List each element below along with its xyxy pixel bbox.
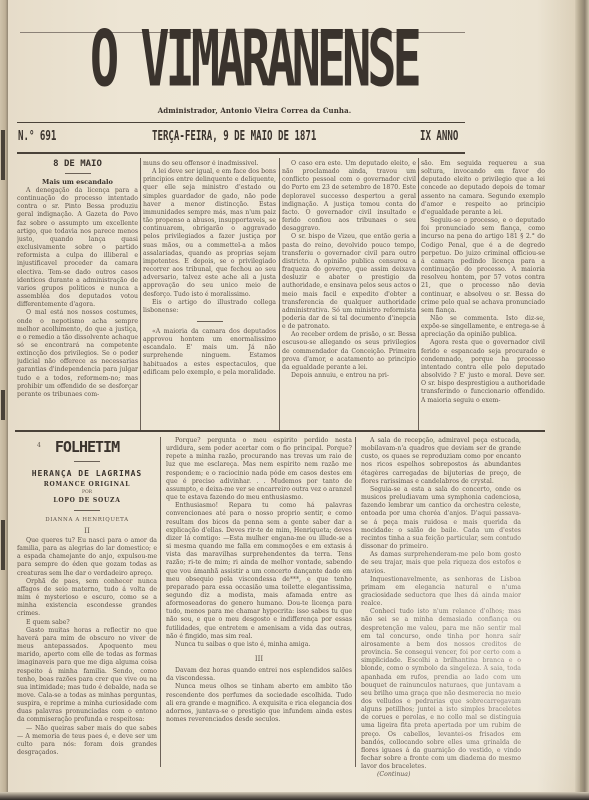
paragraph: E quem sabe? xyxy=(17,619,157,627)
paragraph: Enthusiasmo! Repara tu como há palavras … xyxy=(166,502,352,641)
divider xyxy=(197,321,223,322)
paragraph: A sala de recepção, admiravel peça estuc… xyxy=(361,437,521,486)
continued-note: (Continua) xyxy=(361,771,521,779)
article-column-2: muns do seu offensor é inadmissivel. A l… xyxy=(143,160,276,430)
paragraph: Nunca tu saibas o que isto é, minha amig… xyxy=(166,641,352,649)
article-column-1: 8 DE MAIO Mais um escandalo A denegação … xyxy=(17,158,138,430)
paragraph: Agora resta que o governador civil ferid… xyxy=(421,339,545,404)
letter-addressee: DIANNA A HENRIQUETA xyxy=(17,516,157,525)
folhetim-column-3: A sala de recepção, admiravel peça estuc… xyxy=(361,437,521,787)
paragraph: A lei deve ser igual, e em face dos bons… xyxy=(143,168,276,299)
paragraph: Eis o artigo do illustrado collega lisbo… xyxy=(143,299,276,315)
page-number: 4 xyxy=(37,442,41,450)
article-date-heading: 8 DE MAIO xyxy=(17,158,138,170)
paragraph: Não se commenta. Isto diz-se, expõe-se s… xyxy=(421,315,545,339)
quote-paragraph: «A maioria da camara dos deputados appro… xyxy=(143,328,276,377)
issue-date: TERÇA-FEIRA, 9 DE MAIO DE 1871 xyxy=(152,129,316,144)
paragraph: O sr. bispo de Vizeu, que então geria a … xyxy=(282,233,416,331)
chapter-number: II xyxy=(17,525,157,537)
column-divider xyxy=(418,158,419,430)
paragraph: Porque? pergunta o meu espirito perdido … xyxy=(166,437,352,502)
paragraph: Orphã de paes, sem conhecer nunca affago… xyxy=(17,578,157,619)
article-column-3: O caso era este. Um deputado eleito, e n… xyxy=(282,160,416,430)
folhetim-column-2: Porque? pergunta o meu espirito perdido … xyxy=(166,437,352,787)
header-rule xyxy=(17,122,465,123)
volume-year: IX ANNO xyxy=(420,129,458,144)
paragraph: A denegação da licença para a continuaçã… xyxy=(17,187,138,309)
masthead-title: O VIMARANENSE xyxy=(90,15,371,103)
paragraph: muns do seu offensor é inadmissivel. xyxy=(143,160,276,168)
paragraph: — Não queiras saber mais do que sabes — … xyxy=(17,725,157,758)
article-column-4: são. Em seguida requereu a sua soltura, … xyxy=(421,160,545,430)
novel-author: LOPO DE SOUZA xyxy=(17,496,157,505)
column-divider xyxy=(140,158,141,430)
article-headline: Mais um escandalo xyxy=(17,177,138,187)
binding-edge-right xyxy=(575,0,589,800)
folhetim-header: 4 FOLHETIM xyxy=(17,437,157,457)
novel-genre: ROMANCE ORIGINAL xyxy=(17,480,157,489)
novel-by: POR xyxy=(17,489,157,496)
paragraph: Davam dez horas quando entrei nos esplen… xyxy=(166,667,352,683)
paragraph: O mal está nos nossos costumes, onde o n… xyxy=(17,309,138,399)
paragraph: Que queres tu? Eu nasci para o amor da f… xyxy=(17,537,157,578)
paragraph: Inquestionavelmente, as senhoras de Lisb… xyxy=(361,576,521,609)
paragraph: As damas surprehenderam-me pelo bom gost… xyxy=(361,551,521,575)
paragraph: Gasto muitas horas a reflectir no que ha… xyxy=(17,627,157,725)
folhetim-column-1: 4 FOLHETIM HERANÇA DE LAGRIMAS ROMANCE O… xyxy=(17,437,157,787)
paragraph: Nunca meus olhos se tinham aberto em amb… xyxy=(166,683,352,724)
column-divider xyxy=(279,158,280,430)
binding-mark xyxy=(1,520,5,570)
binding-mark xyxy=(1,390,5,420)
divider xyxy=(74,461,100,462)
divider xyxy=(74,510,100,511)
paragraph: Depois annuiu, e entrou na pri- xyxy=(282,372,416,380)
column-divider xyxy=(160,437,161,767)
binding-mark xyxy=(1,130,5,180)
paragraph: Conheci tudo isto n'um relance d'olhos; … xyxy=(361,608,521,771)
dateline: N.° 691 TERÇA-FEIRA, 9 DE MAIO DE 1871 I… xyxy=(18,129,464,149)
paragraph: Seguia-se a esta a sala do concerto, ond… xyxy=(361,486,521,551)
column-divider xyxy=(355,437,356,767)
novel-title: HERANÇA DE LAGRIMAS xyxy=(17,468,157,480)
issue-number: N.° 691 xyxy=(18,129,56,144)
paragraph: Seguiu-se o processo, e o deputado foi p… xyxy=(421,217,545,315)
paragraph: são. Em seguida requereu a sua soltura, … xyxy=(421,160,545,217)
divider xyxy=(65,173,91,174)
paragraph: Ao receber ordem de prisão, o sr. Bessa … xyxy=(282,331,416,372)
paragraph: O caso era este. Um deputado eleito, e n… xyxy=(282,160,416,233)
folhetim-separator-rule xyxy=(15,430,545,432)
administrator-line: Administrador, Antonio Vieira Correa da … xyxy=(0,106,549,115)
page-bottom-edge xyxy=(0,792,589,800)
dateline-rule xyxy=(17,152,465,154)
chapter-number: III xyxy=(166,651,352,667)
